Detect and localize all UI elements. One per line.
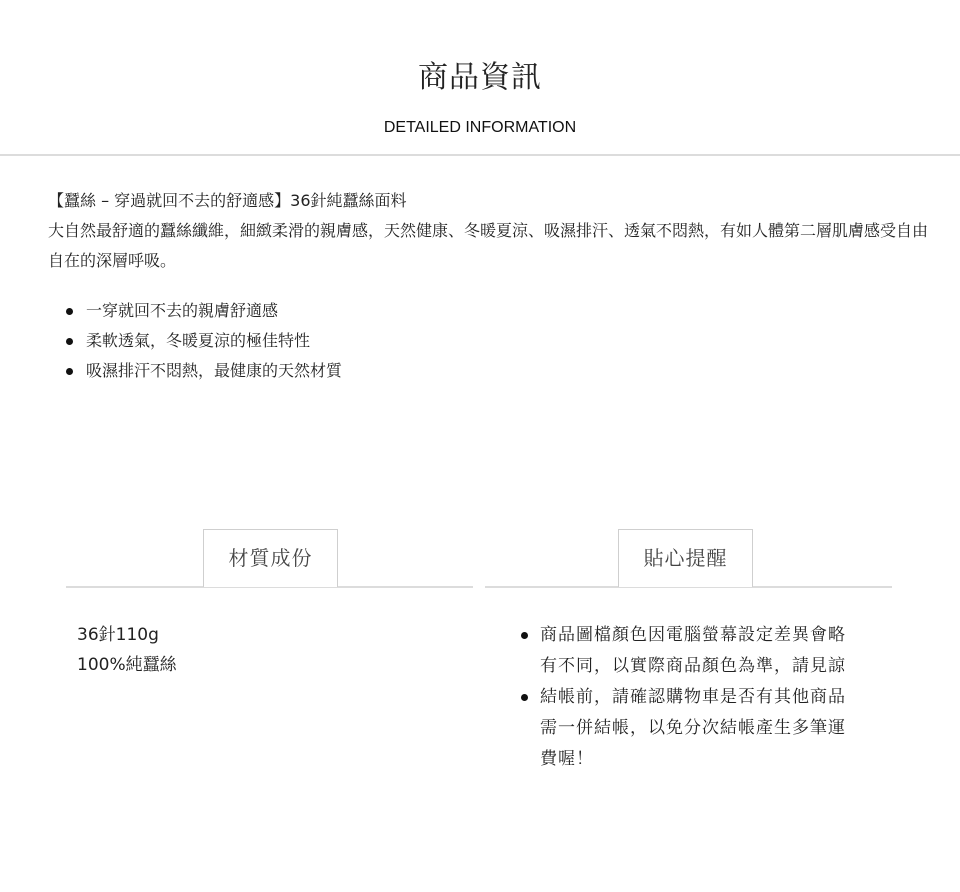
notice-list: 商品圖檔顏色因電腦螢幕設定差異會略有不同，以實際商品顏色為準，請見諒 結帳前，請…	[516, 620, 856, 775]
section-header: 商品資訊 DETAILED INFORMATION	[0, 0, 960, 156]
material-composition: 100%純蠶絲	[77, 650, 457, 680]
header-divider	[0, 154, 960, 156]
material-content: 36針110g 100%純蠶絲	[77, 620, 457, 680]
notice-content: 商品圖檔顏色因電腦螢幕設定差異會略有不同，以實際商品顏色為準，請見諒 結帳前，請…	[516, 620, 856, 775]
material-spec: 36針110g	[77, 620, 457, 650]
intro-description: 大自然最舒適的蠶絲纖維，細緻柔滑的親膚感，天然健康、冬暖夏涼、吸濕排汗、透氣不悶…	[48, 216, 928, 276]
notice-item: 商品圖檔顏色因電腦螢幕設定差異會略有不同，以實際商品顏色為準，請見諒	[540, 620, 856, 682]
product-intro: 【蠶絲 – 穿過就回不去的舒適感】36針純蠶絲面料 大自然最舒適的蠶絲纖維，細緻…	[48, 186, 928, 386]
page-subtitle: DETAILED INFORMATION	[0, 118, 960, 138]
feature-item: 柔軟透氣，冬暖夏涼的極佳特性	[86, 326, 928, 356]
notice-item: 結帳前，請確認購物車是否有其他商品需一併結帳，以免分次結帳產生多筆運費喔！	[540, 682, 856, 775]
intro-headline: 【蠶絲 – 穿過就回不去的舒適感】36針純蠶絲面料	[48, 186, 928, 216]
feature-item: 吸濕排汗不悶熱，最健康的天然材質	[86, 356, 928, 386]
page-title: 商品資訊	[0, 58, 960, 98]
feature-item: 一穿就回不去的親膚舒適感	[86, 296, 928, 326]
feature-list: 一穿就回不去的親膚舒適感 柔軟透氣，冬暖夏涼的極佳特性 吸濕排汗不悶熱，最健康的…	[48, 296, 928, 386]
tab-material[interactable]: 材質成份	[203, 529, 338, 587]
tab-notice[interactable]: 貼心提醒	[618, 529, 753, 587]
